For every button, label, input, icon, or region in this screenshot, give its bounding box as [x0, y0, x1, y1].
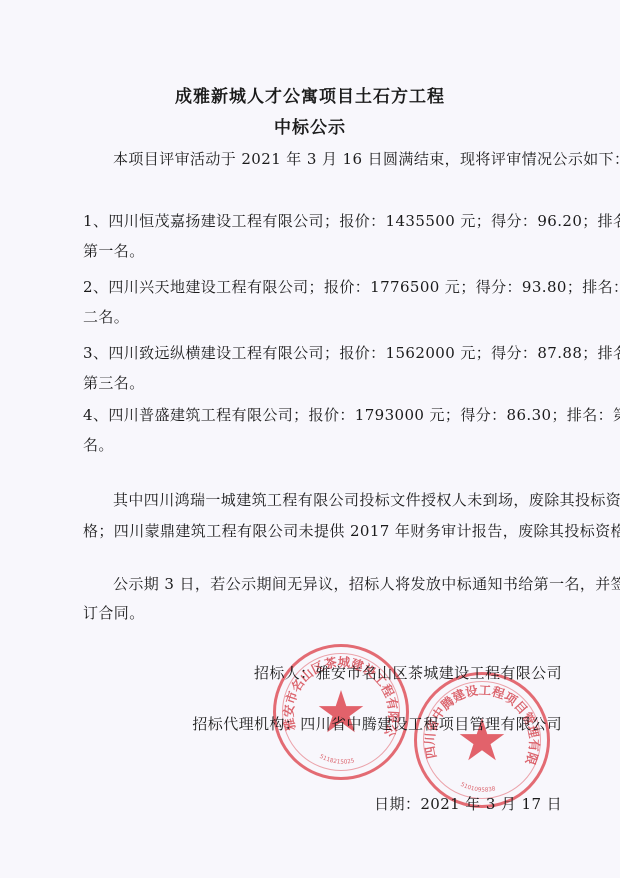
intro-paragraph: 本项目评审活动于 2021 年 3 月 16 日圆满结束，现将评审情况公示如下： [113, 149, 620, 169]
notice-line2: 订合同。 [83, 603, 145, 623]
document-title: 成雅新城人才公寓项目土石方工程 [0, 87, 620, 107]
bidder-1-line1: 1、四川恒茂嘉扬建设工程有限公司；报价：1435500 元；得分：96.20；排… [83, 211, 620, 231]
disqualification-line2: 格；四川蒙鼎建筑工程有限公司未提供 2017 年财务审计报告，废除其投标资格。 [83, 521, 620, 541]
document-page: 成雅新城人才公寓项目土石方工程 中标公示 本项目评审活动于 2021 年 3 月… [0, 0, 620, 878]
bidder-3-line1: 3、四川致远纵横建设工程有限公司；报价：1562000 元；得分：87.88；排… [83, 343, 620, 363]
bidder-4-line2: 名。 [83, 435, 114, 455]
document-subtitle: 中标公示 [0, 118, 620, 138]
signature-date: 日期：2021 年 3 月 17 日 [0, 794, 562, 814]
svg-text:5101095838: 5101095838 [459, 782, 496, 794]
bidder-2-line1: 2、四川兴天地建设工程有限公司；报价：1776500 元；得分：93.80；排名… [83, 277, 620, 297]
bidder-2-line2: 二名。 [83, 307, 129, 327]
agency-signature: 招标代理机构：四川省中腾建设工程项目管理有限公司 [0, 714, 562, 734]
seal-arc-text: 四川省中腾建设工程项目管理有限公司 5101095838 [417, 675, 547, 805]
seal-inner-ring [423, 681, 541, 799]
svg-text:5118215025: 5118215025 [318, 754, 355, 766]
bidder-1-line2: 第一名。 [83, 241, 145, 261]
agency-seal: 四川省中腾建设工程项目管理有限公司 5101095838 ★ [414, 672, 550, 808]
disqualification-line1: 其中四川鸿瑞一城建筑工程有限公司投标文件授权人未到场，废除其投标资 [113, 490, 620, 510]
bidder-3-line2: 第三名。 [83, 373, 145, 393]
bidder-4-line1: 4、四川普盛建筑工程有限公司；报价：1793000 元；得分：86.30；排名：… [83, 405, 620, 425]
notice-line1: 公示期 3 日，若公示期间无异议，招标人将发放中标通知书给第一名，并签 [113, 574, 620, 594]
tenderer-signature: 招标人：雅安市名山区茶城建设工程有限公司 [0, 663, 562, 683]
